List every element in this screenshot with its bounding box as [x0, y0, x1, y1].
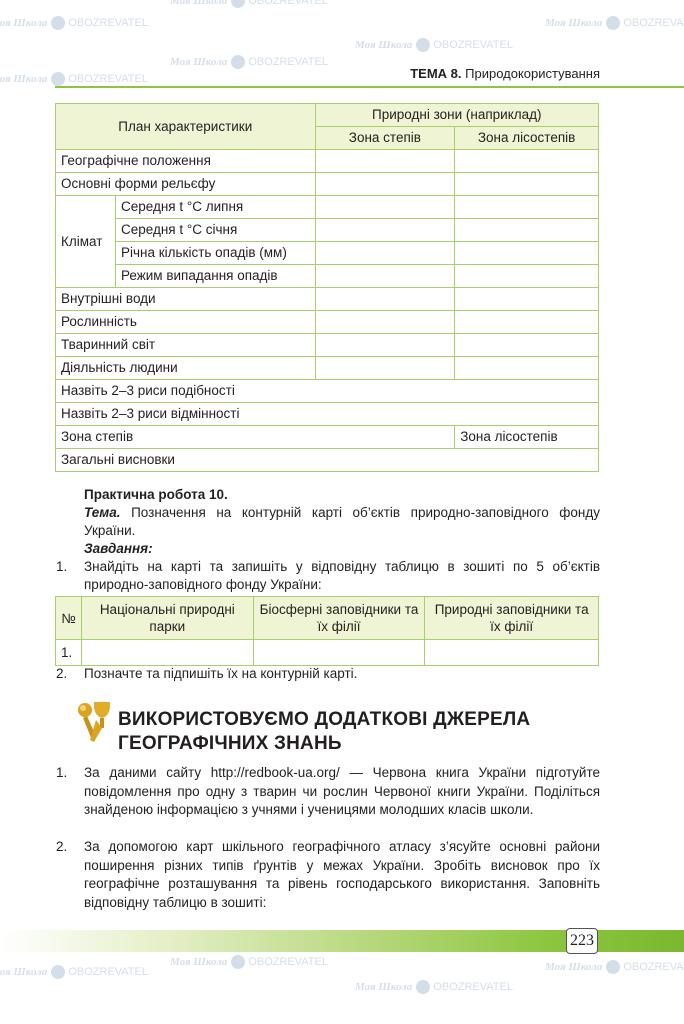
table-row: Діяльність людини: [56, 357, 599, 380]
table-row: Рослинність: [56, 311, 599, 334]
watermark: Моя ШколаOBOZREVATEL: [545, 16, 684, 30]
table-row: Загальні висновки: [56, 449, 599, 472]
zones-header: Природні зони (наприклад): [315, 104, 598, 127]
task-label: Завдання:: [84, 541, 153, 556]
item2-number: 2.: [56, 838, 67, 856]
watermark: Моя ШколаOBOZREVATEL: [170, 55, 328, 69]
watermark: Моя ШколаOBOZREVATEL: [0, 16, 148, 30]
zones-comparison-table: План характеристики Природні зони (напри…: [55, 103, 599, 472]
climate-label: Клімат: [56, 196, 116, 288]
table-row: Географічне положення: [56, 150, 599, 173]
header-divider: [55, 86, 684, 88]
table-row: Середня t °C січня: [56, 219, 599, 242]
watermark: Моя ШколаOBOZREVATEL: [170, 0, 328, 8]
practical-title: Практична робота 10.: [84, 487, 228, 502]
watermark: Моя ШколаOBOZREVATEL: [0, 965, 148, 979]
task1-text: Знайдіть на карті та запишіть у відповід…: [84, 558, 600, 594]
section-title: ВИКОРИСТОВУЄМО ДОДАТКОВІ ДЖЕРЕЛА ГЕОГРАФ…: [118, 708, 530, 756]
topic-header: ТЕМА 8. Природокористування: [410, 66, 600, 81]
topic-label: ТЕМА 8.: [410, 66, 461, 81]
reserves-table: № Національні природні парки Біосферні з…: [55, 596, 599, 666]
task1-number: 1.: [56, 558, 67, 576]
topic-title: Природокористування: [465, 66, 600, 81]
trophy-icon: [74, 698, 116, 744]
item2-text: За допомогою карт шкільного географічног…: [84, 838, 600, 912]
task2-text: Позначте та підпишіть їх на контурній ка…: [84, 665, 600, 684]
watermark: Моя ШколаOBOZREVATEL: [545, 960, 684, 974]
item1-text: За даними сайту http://redbook-ua.org/ —…: [84, 764, 600, 820]
table-row: КліматСередня t °C липня: [56, 196, 599, 219]
plan-header: План характеристики: [56, 104, 316, 150]
theme-label: Тема.: [84, 505, 121, 520]
table-row: Тваринний світ: [56, 334, 599, 357]
table-row: Внутрішні води: [56, 288, 599, 311]
practical-work: Практична робота 10. Тема. Позначення на…: [84, 486, 600, 558]
watermark: Моя ШколаOBOZREVATEL: [355, 980, 513, 994]
watermark: Моя ШколаOBOZREVATEL: [170, 955, 328, 969]
table-row: Назвіть 2–3 риси відмінності: [56, 403, 599, 426]
table-row: 1.: [56, 640, 599, 666]
table-row: Назвіть 2–3 риси подібності: [56, 380, 599, 403]
table-row: Режим випадання опадів: [56, 265, 599, 288]
table-row: Річна кількість опадів (мм): [56, 242, 599, 265]
item1-number: 1.: [56, 764, 67, 782]
watermark: Моя ШколаOBOZREVATEL: [355, 38, 513, 52]
zone1-header: Зона степів: [315, 127, 455, 150]
page-number: 223: [566, 928, 598, 954]
table-row: Основні форми рельєфу: [56, 173, 599, 196]
theme-text: Позначення на контурній карті об’єктів п…: [84, 505, 600, 538]
table-row: Зона степівЗона лісостепів: [56, 426, 599, 449]
watermark: Моя ШколаOBOZREVATEL: [0, 72, 148, 86]
task2-number: 2.: [56, 665, 67, 683]
zone2-header: Зона лісостепів: [455, 127, 599, 150]
